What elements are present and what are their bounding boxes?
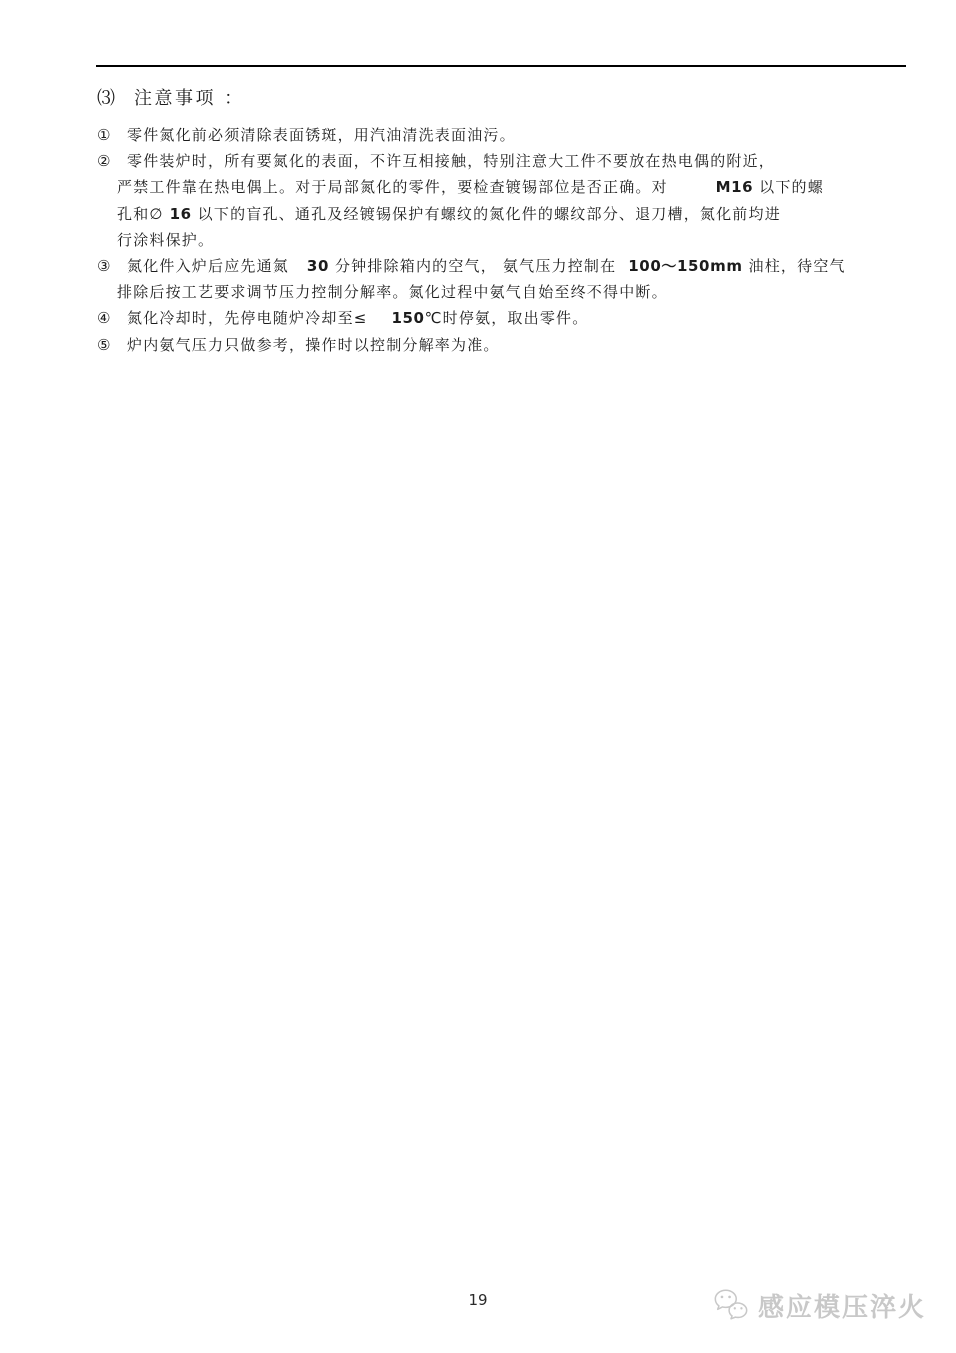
text-line: 炉内氨气压力只做参考，操作时以控制分解率为准。 (127, 332, 917, 358)
notes-list: ①零件氮化前必须清除表面锈斑，用汽油清洗表面油污。②零件装炉时，所有要氮化的表面… (97, 122, 917, 358)
text-line: 零件氮化前必须清除表面锈斑，用汽油清洗表面油污。 (127, 122, 917, 148)
text-line: 氮化件入炉后应先通氮 30 分钟排除箱内的空气， 氨气压力控制在 100～150… (127, 253, 917, 279)
watermark: 感应模压淬火 (712, 1285, 926, 1325)
item-marker: ⑤ (97, 332, 123, 358)
document-page: { "document": { "heading": "⑶ 注意事项 ：", "… (0, 0, 956, 1353)
section-heading: ⑶ 注意事项 ： (97, 84, 917, 110)
watermark-text: 感应模压淬火 (758, 1287, 926, 1324)
item-marker: ④ (97, 305, 123, 331)
text-line: 零件装炉时，所有要氮化的表面，不许互相接触，特别注意大工件不要放在热电偶的附近， (127, 148, 917, 174)
note-item: ④氮化冷却时，先停电随炉冷却至≤ 150℃时停氨，取出零件。 (97, 305, 917, 331)
item-marker: ① (97, 122, 123, 148)
top-divider (96, 65, 906, 67)
item-marker: ② (97, 148, 123, 174)
text-line: 孔和∅ 16 以下的盲孔、通孔及经镀锡保护有螺纹的氮化件的螺纹部分、退刀槽，氮化… (117, 201, 917, 227)
item-marker: ③ (97, 253, 123, 279)
wechat-icon (712, 1285, 750, 1325)
note-item: ①零件氮化前必须清除表面锈斑，用汽油清洗表面油污。 (97, 122, 917, 148)
text-line: 氮化冷却时，先停电随炉冷却至≤ 150℃时停氨，取出零件。 (127, 305, 917, 331)
text-line: 行涂料保护。 (117, 227, 917, 253)
text-line: 排除后按工艺要求调节压力控制分解率。氮化过程中氨气自始至终不得中断。 (117, 279, 917, 305)
text-line: 严禁工件靠在热电偶上。对于局部氮化的零件，要检查镀锡部位是否正确。对 M16 以… (117, 174, 917, 200)
note-item: ⑤炉内氨气压力只做参考，操作时以控制分解率为准。 (97, 332, 917, 358)
note-item: ②零件装炉时，所有要氮化的表面，不许互相接触，特别注意大工件不要放在热电偶的附近… (97, 148, 917, 253)
page-content: ⑶ 注意事项 ： ①零件氮化前必须清除表面锈斑，用汽油清洗表面油污。②零件装炉时… (97, 84, 917, 358)
note-item: ③氮化件入炉后应先通氮 30 分钟排除箱内的空气， 氨气压力控制在 100～15… (97, 253, 917, 305)
